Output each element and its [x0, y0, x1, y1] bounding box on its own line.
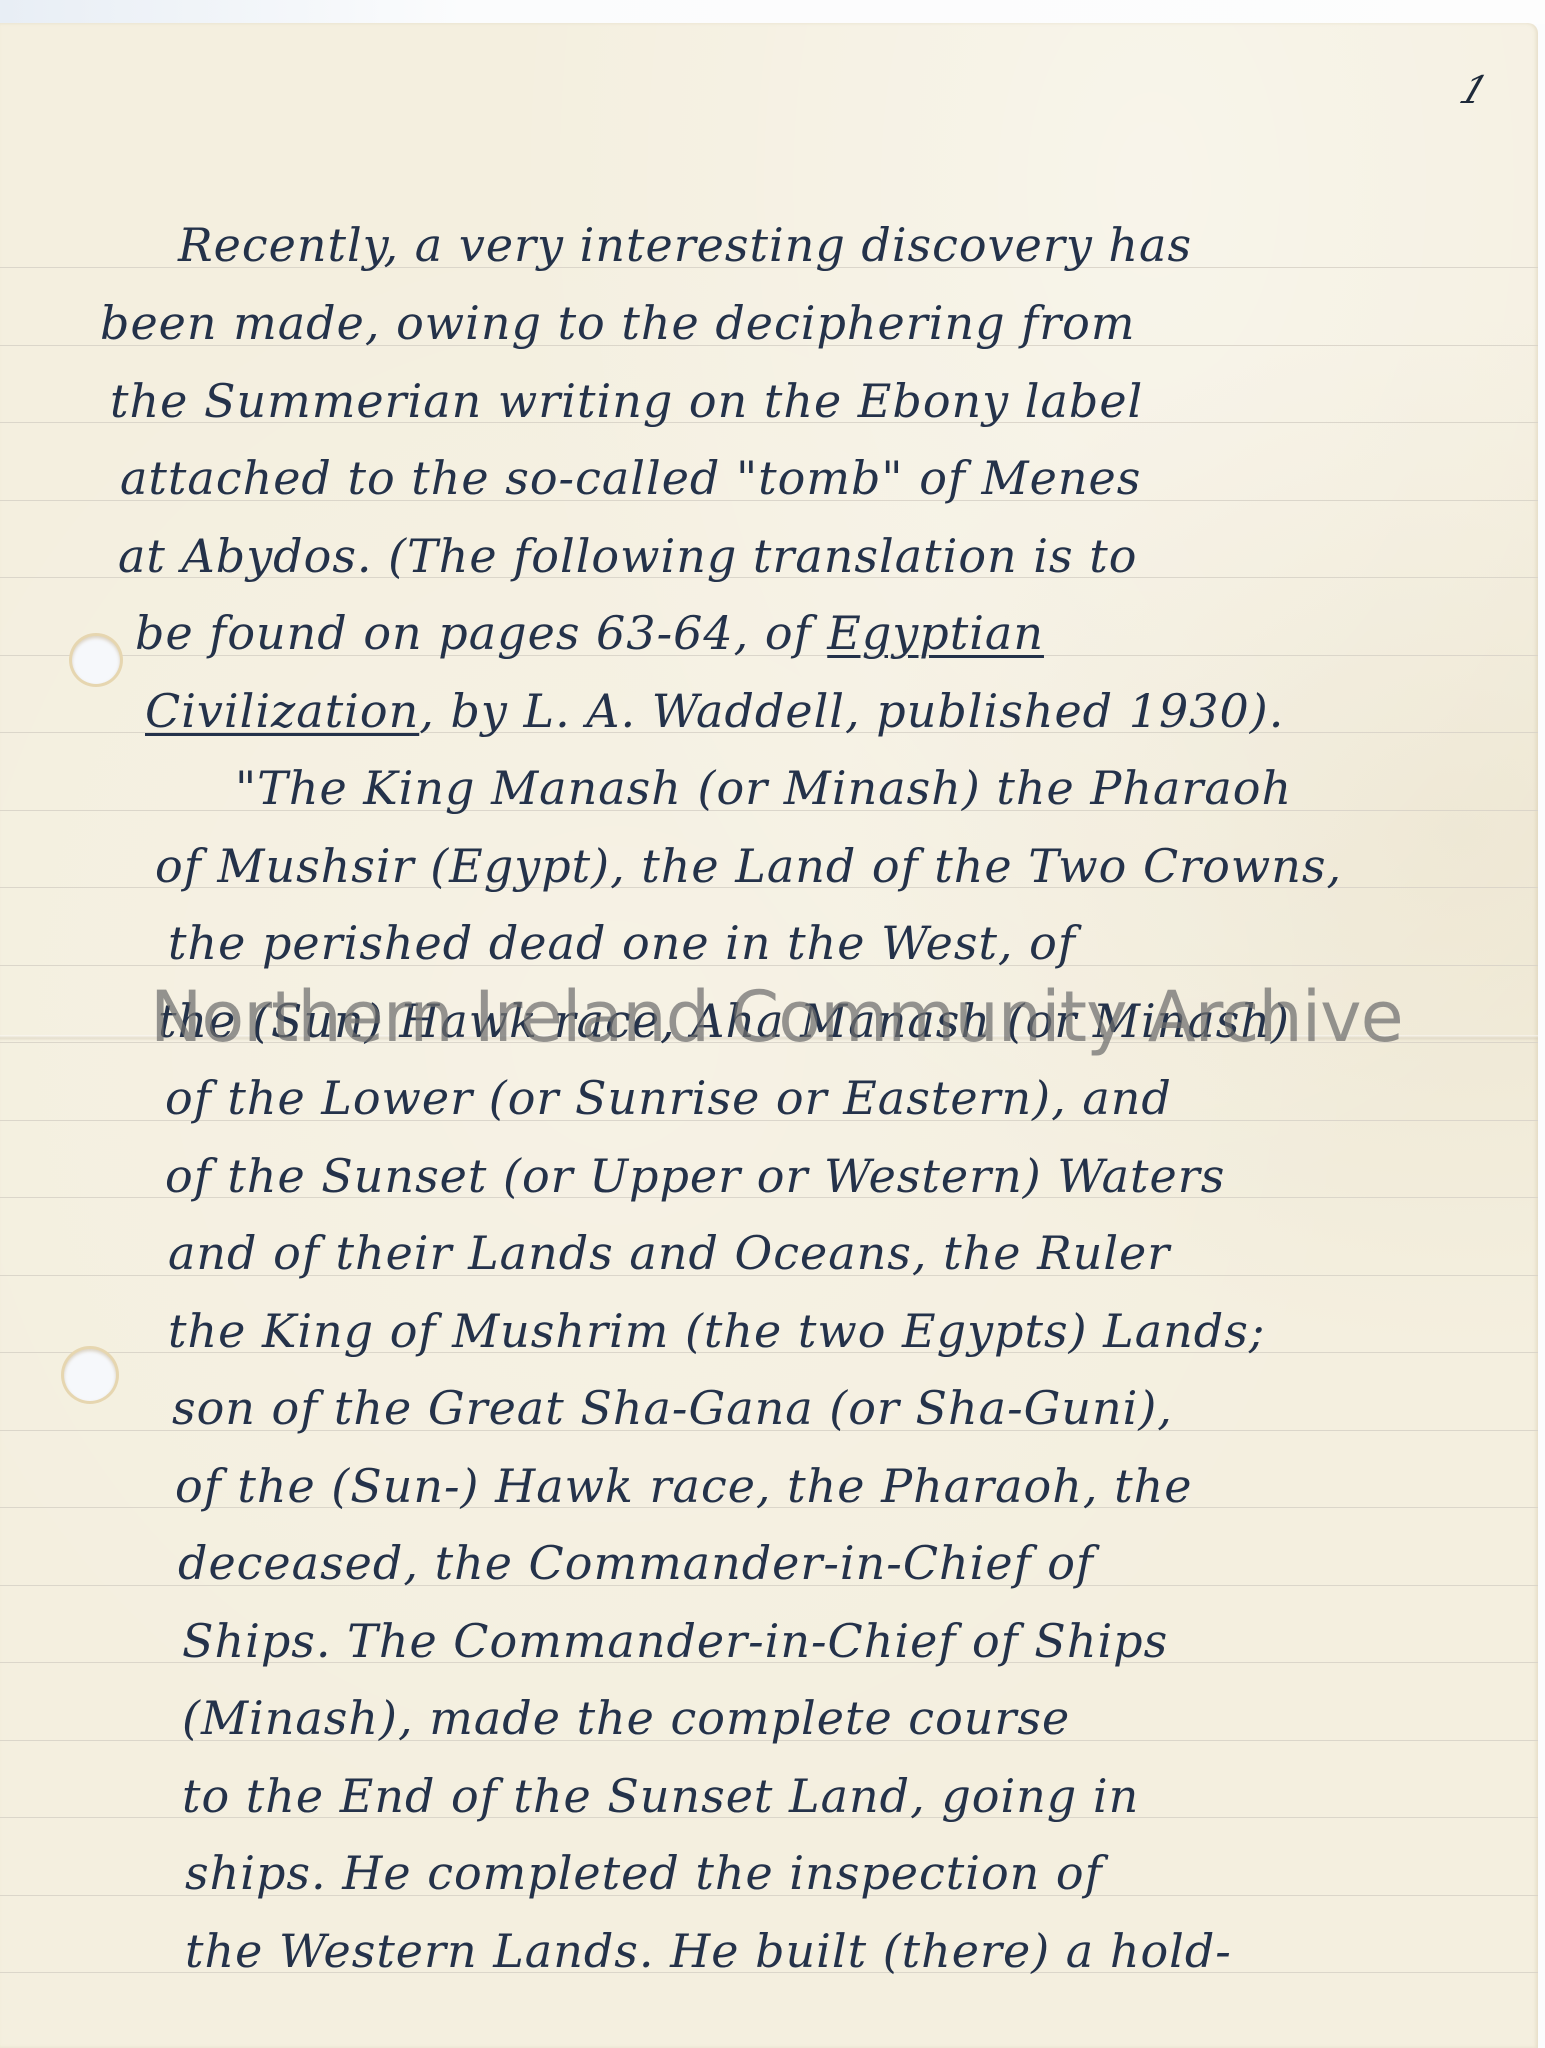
text-line-12: of the Lower (or Sunrise or Eastern), an…: [165, 1075, 1172, 1121]
punch-hole: [72, 636, 120, 684]
text-line-20: (Minash), made the complete course: [182, 1695, 1070, 1741]
text-line-5: at Abydos. (The following translation is…: [118, 533, 1137, 579]
book-title-part-2: Civilization: [145, 684, 419, 738]
text-line-8: "The King Manash (or Minash) the Pharaoh: [235, 765, 1292, 811]
book-title-part-1: Egyptian: [827, 606, 1044, 660]
punch-hole: [64, 1349, 116, 1401]
text-line-10: the perished dead one in the West, of: [168, 920, 1076, 966]
text-line-1: Recently, a very interesting discovery h…: [178, 222, 1192, 268]
scan-background: [0, 0, 1545, 24]
text-line-14: and of their Lands and Oceans, the Ruler: [168, 1230, 1170, 1276]
text-line-17: of the (Sun-) Hawk race, the Pharaoh, th…: [175, 1463, 1192, 1509]
text-line-7: Civilization, by L. A. Waddell, publishe…: [145, 688, 1284, 734]
text-line-9: of Mushsir (Egypt), the Land of the Two …: [155, 843, 1342, 889]
text-line-6: be found on pages 63-64, of Egyptian: [135, 610, 1044, 656]
text-line-7-main: , by L. A. Waddell, published 1930).: [419, 684, 1284, 738]
archive-watermark: Northern Ireland Community Archive: [150, 982, 1403, 1052]
text-line-3: the Summerian writing on the Ebony label: [110, 378, 1143, 424]
text-line-21: to the End of the Sunset Land, going in: [182, 1773, 1139, 1819]
text-line-23: the Western Lands. He built (there) a ho…: [185, 1928, 1232, 1974]
text-line-22: ships. He completed the inspection of: [185, 1850, 1103, 1896]
text-line-2: been made, owing to the deciphering from: [100, 300, 1136, 346]
text-line-4: attached to the so-called "tomb" of Mene…: [120, 455, 1141, 501]
text-line-18: deceased, the Commander-in-Chief of: [178, 1540, 1094, 1586]
text-line-6-main: be found on pages 63-64, of: [135, 606, 827, 660]
text-line-16: son of the Great Sha-Gana (or Sha-Guni),: [172, 1385, 1173, 1431]
text-line-19: Ships. The Commander-in-Chief of Ships: [182, 1618, 1168, 1664]
text-line-13: of the Sunset (or Upper or Western) Wate…: [165, 1153, 1225, 1199]
text-line-15: the King of Mushrim (the two Egypts) Lan…: [168, 1308, 1265, 1354]
